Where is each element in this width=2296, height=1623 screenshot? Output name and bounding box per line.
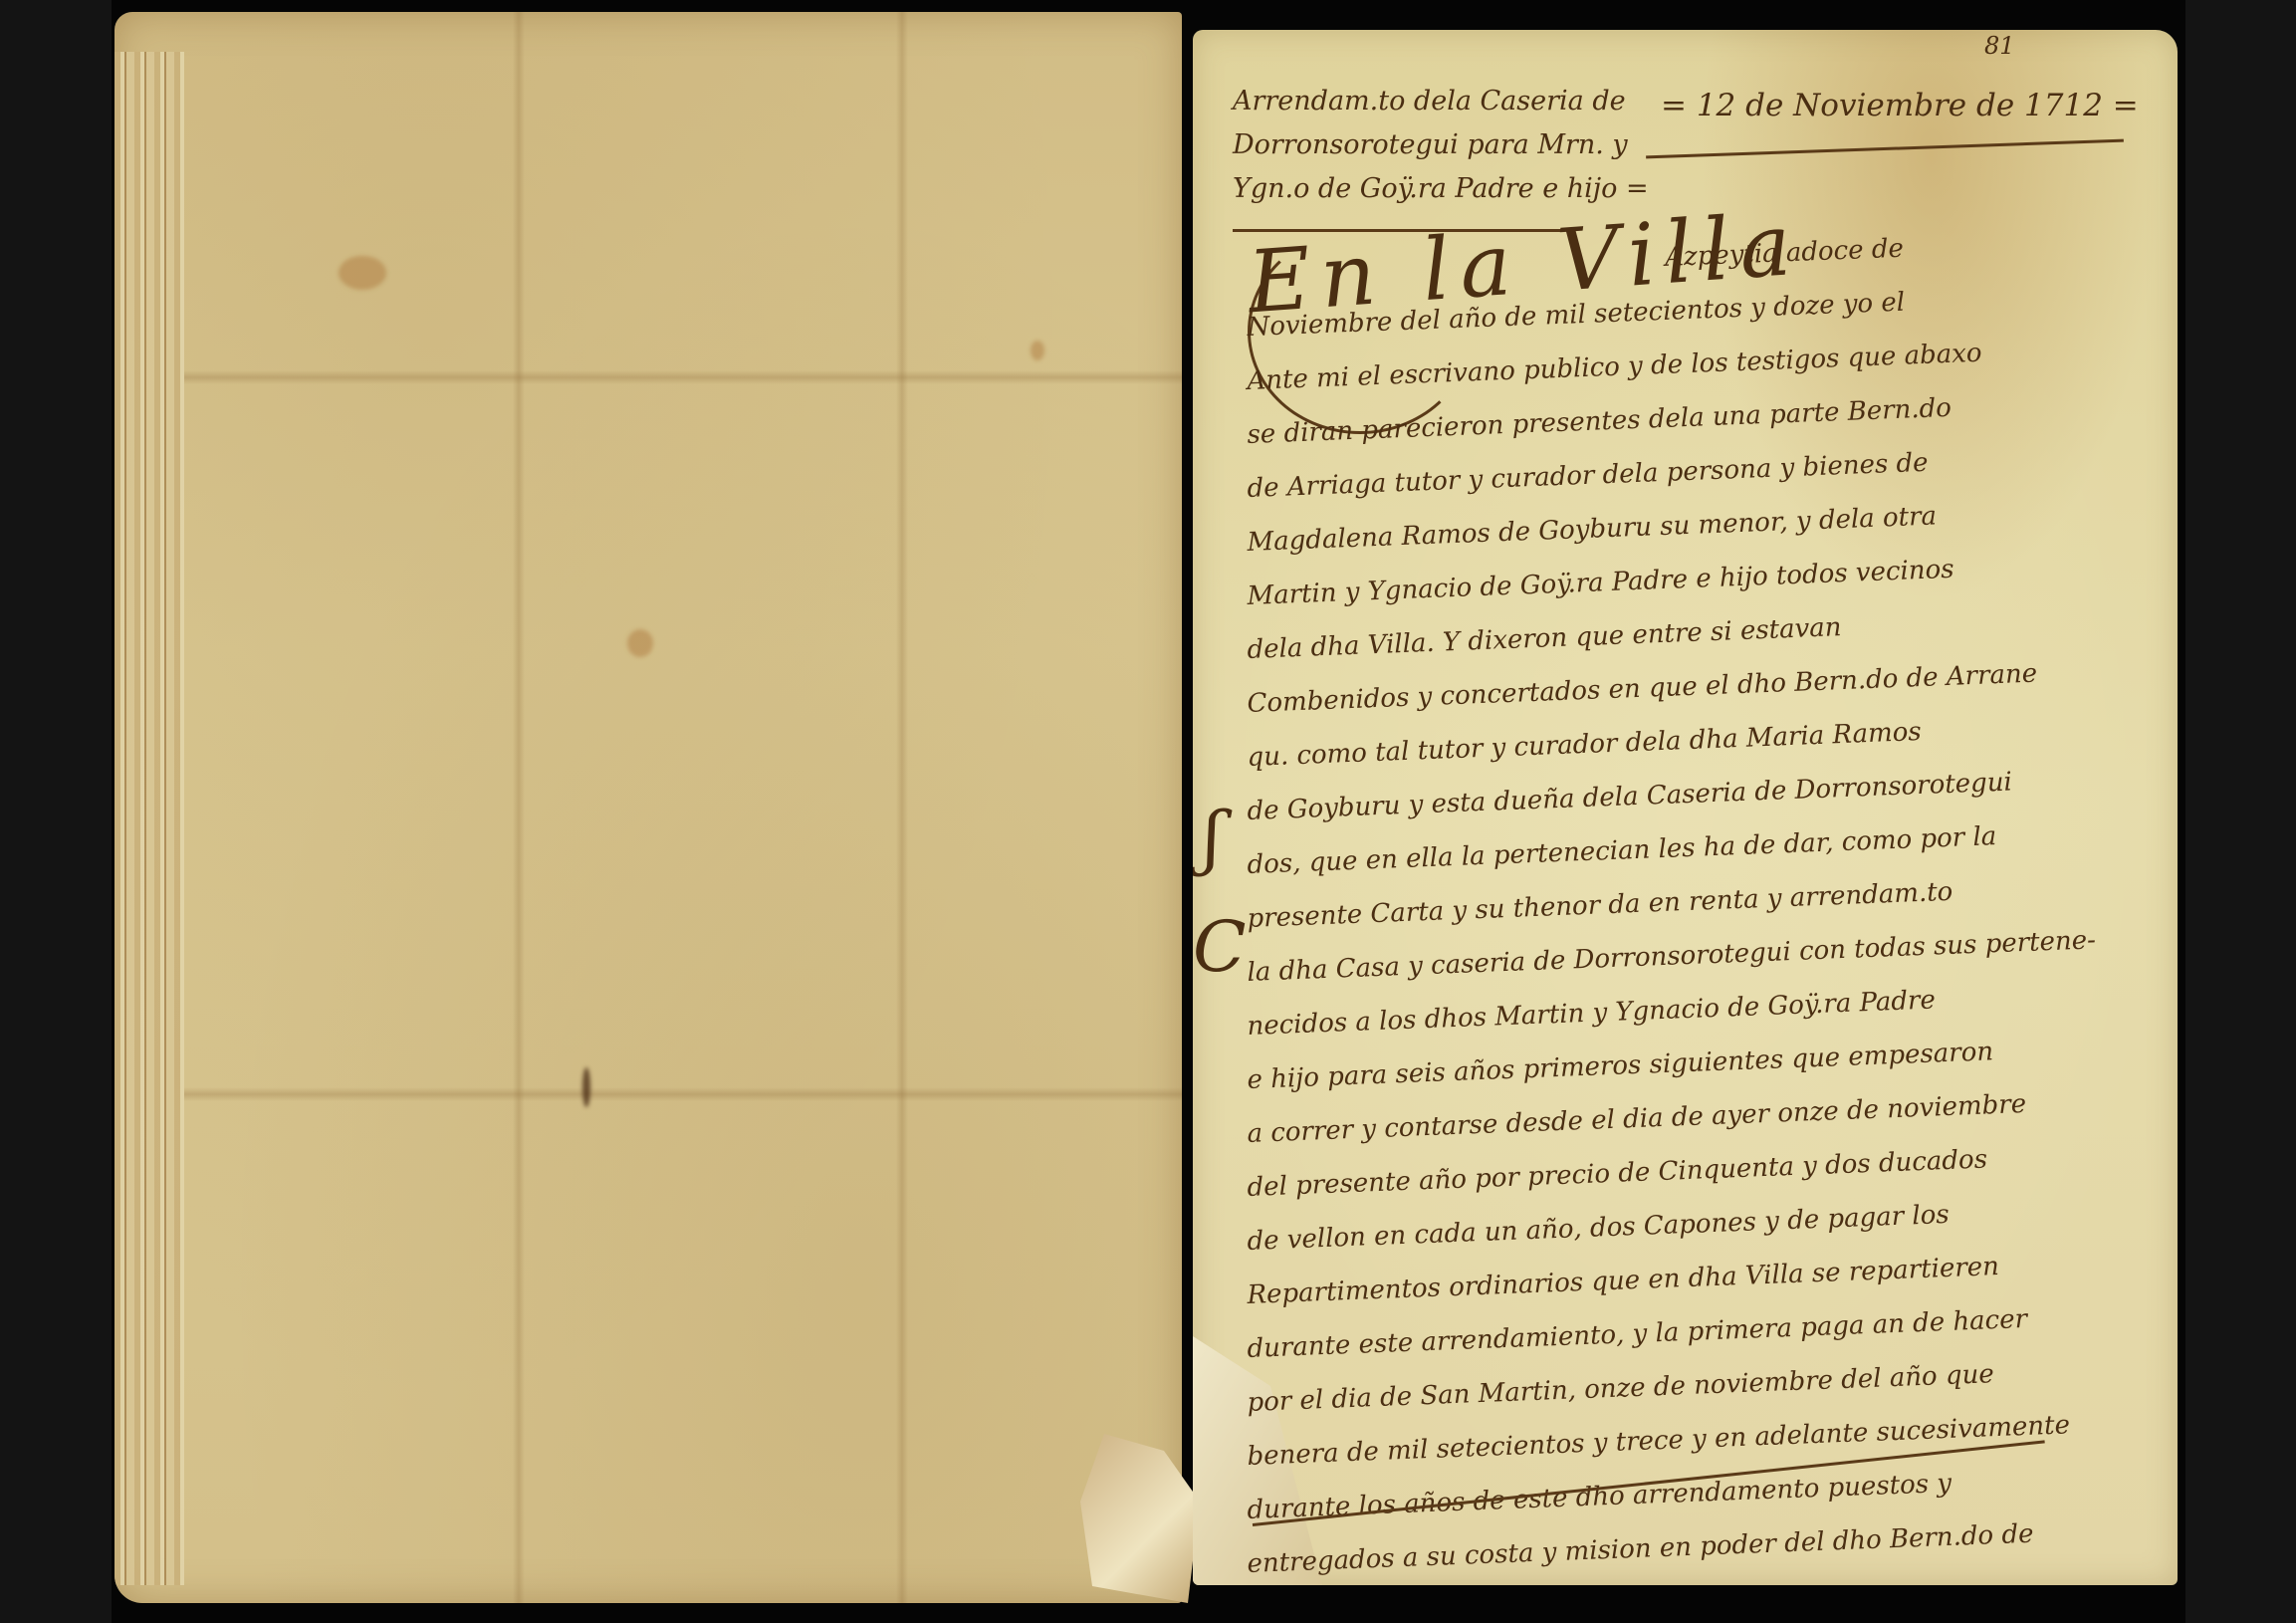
margin-flourish: C xyxy=(1193,906,1247,988)
fold-line xyxy=(184,1087,1182,1101)
stain xyxy=(1031,341,1044,360)
right-page: 81 Arrendam.to dela Caseria de Dorronsor… xyxy=(1193,30,2178,1585)
fold-line xyxy=(513,12,525,1603)
body-text: Azpeytia adoce de Noviembre del año de m… xyxy=(1248,259,2144,1585)
stain xyxy=(627,629,653,657)
folio-number: 81 xyxy=(1984,32,2015,60)
ink-mark xyxy=(582,1067,590,1107)
stain xyxy=(339,256,386,290)
fold-line xyxy=(184,370,1182,384)
left-page xyxy=(115,12,1182,1603)
header-line: Ygn.o de Goÿ.ra Padre e hijo = xyxy=(1233,167,1671,211)
page-edge-stack xyxy=(115,52,184,1585)
document-header: Arrendam.to dela Caseria de Dorronsorote… xyxy=(1233,80,1671,211)
margin-flourish: ʃ xyxy=(1203,797,1222,878)
header-line: Dorronsorotegui para Mrn. y xyxy=(1233,123,1671,167)
fold-line xyxy=(896,12,908,1603)
document-date: = 12 de Noviembre de 1712 = xyxy=(1661,88,2139,123)
header-line: Arrendam.to dela Caseria de xyxy=(1233,80,1671,123)
date-rule xyxy=(1646,139,2124,159)
